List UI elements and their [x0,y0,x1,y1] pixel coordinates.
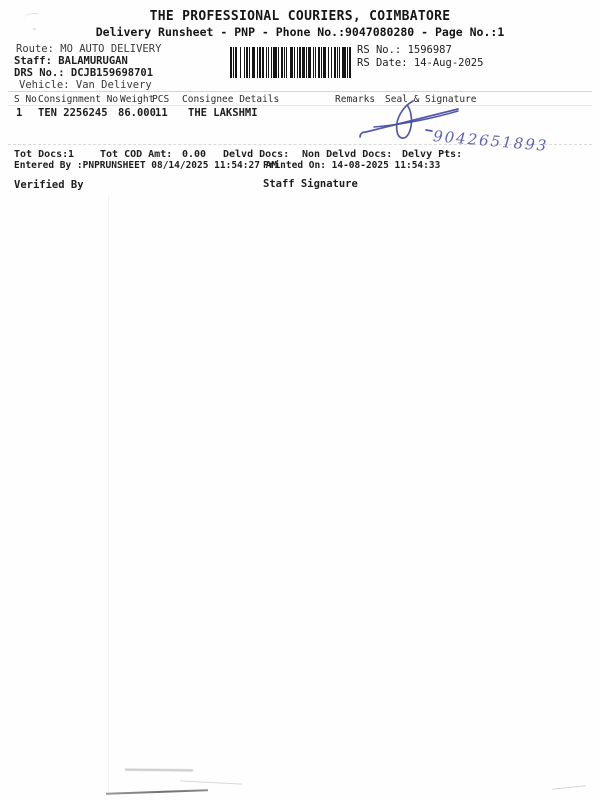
row-pcs: 11 [155,108,168,120]
tot-docs-value: 1 [68,149,74,160]
printed-on-line: Printed On: 14-08-2025 11:54:33 [263,161,440,171]
col-header-consignee: Consignee Details [182,95,279,105]
non-delvd-docs-label: Non Delvd Docs: [302,149,392,160]
delvd-docs-label: Delvd Docs: [223,149,289,160]
tot-cod-value: 0.00 [182,149,206,160]
tot-cod-label: Tot COD Amt: [100,149,172,160]
scanned-delivery-runsheet: THE PROFESSIONAL COURIERS, COIMBATORE De… [0,0,600,800]
scan-left-edge-line [108,196,109,796]
scan-smudge-bottom-1 [125,769,193,772]
col-header-consignment: Consignment No [38,95,118,105]
rs-no-line: RS No.: 1596987 [357,45,452,57]
verified-by-label: Verified By [14,180,84,192]
entered-by-line: Entered By :PNPRUNSHEET 08/14/2025 11:54… [14,161,277,171]
vehicle-line: Vehicle: Van Delivery [19,80,152,92]
row-sno: 1 [16,108,22,120]
route-line: Route: MO AUTO DELIVERY [16,44,161,56]
delvy-pts-label: Delvy Pts: [402,149,462,160]
row-weight: 86.000 [118,108,156,120]
company-title: THE PROFESSIONAL COURIERS, COIMBATORE [0,10,600,24]
col-header-pcs: PCS [152,95,169,105]
rs-date-line: RS Date: 14-Aug-2025 [357,58,483,70]
runsheet-subtitle: Delivery Runsheet - PNP - Phone No.:9047… [0,26,600,39]
drs-no-line: DRS No.: DCJB159698701 [14,68,153,80]
rs-barcode [230,47,353,78]
col-header-sno: S No [14,95,37,105]
staff-line: Staff: BALAMURUGAN [14,56,128,68]
scan-smudge-bottom-right [552,785,586,790]
row-consignee: THE LAKSHMI [188,108,258,120]
col-header-weight: Weight [120,95,154,105]
table-top-rule [8,91,592,92]
tot-docs-label: Tot Docs: [14,149,68,160]
scan-smudge-bottom-2 [180,780,242,784]
row-consignment: TEN 2256245 [38,108,108,120]
staff-signature-label: Staff Signature [263,179,358,191]
scan-smudge-bottom-dark [106,789,208,795]
